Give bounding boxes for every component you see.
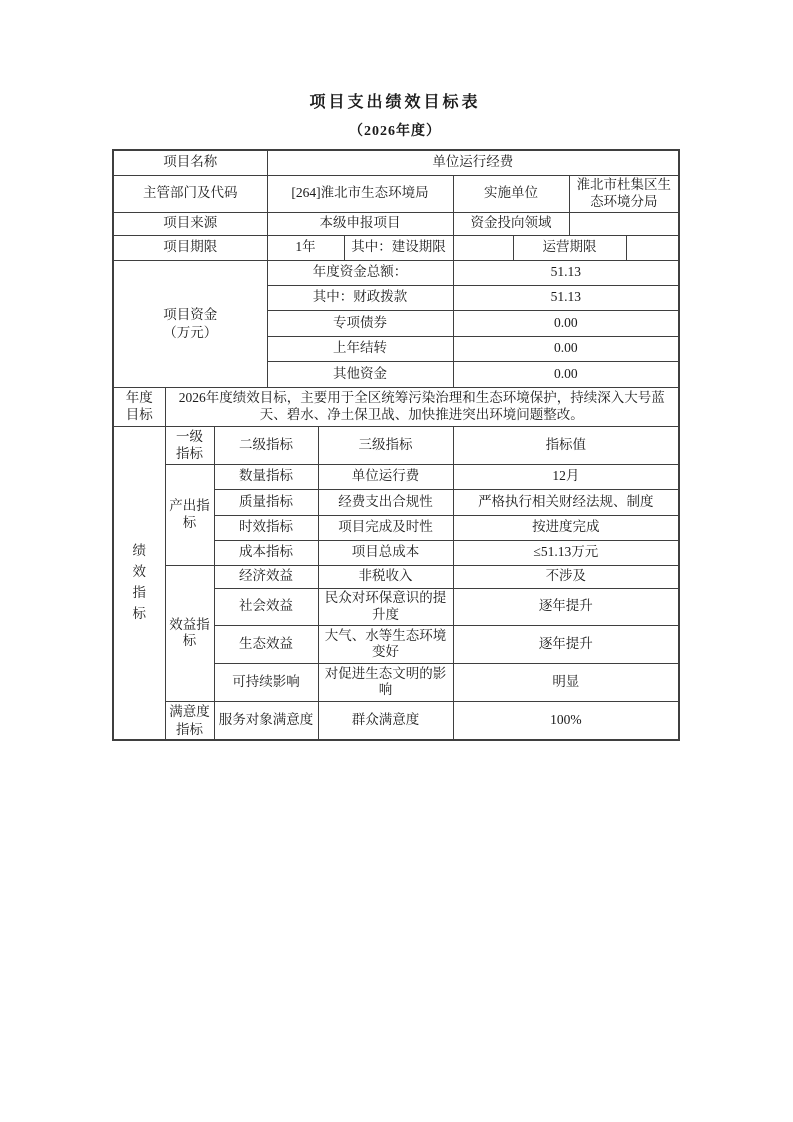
indicator-level2-cell: 质量指标 bbox=[214, 489, 318, 515]
page-title: 项目支出绩效目标表 bbox=[112, 95, 678, 111]
table-row: 满意度指标 服务对象满意度 群众满意度 100% bbox=[113, 701, 679, 740]
indicator-level2-cell: 经济效益 bbox=[214, 565, 318, 588]
header-value-cell: 指标值 bbox=[453, 426, 679, 464]
indicators-side-label: 绩效指标 bbox=[133, 541, 147, 625]
indicator-level3-cell: 经费支出合规性 bbox=[318, 489, 453, 515]
indicator-value-cell: 按进度完成 bbox=[453, 515, 679, 540]
indicator-level2-cell: 社会效益 bbox=[214, 588, 318, 625]
table-row: 产出指标 数量指标 单位运行费 12月 bbox=[113, 464, 679, 489]
table-row: 年度目标 2026年度绩效目标，主要用于全区统筹污染治理和生态环境保护，持续深入… bbox=[113, 387, 679, 426]
indicator-value-cell: 12月 bbox=[453, 464, 679, 489]
indicator-level3-cell: 民众对环保意识的提升度 bbox=[318, 588, 453, 625]
indicator-level3-cell: 大气、水等生态环境变好 bbox=[318, 625, 453, 663]
indicator-level2-cell: 数量指标 bbox=[214, 464, 318, 489]
operate-period-value-cell bbox=[626, 235, 679, 260]
period-value-cell: 1年 bbox=[267, 235, 344, 260]
funding-total-value-cell: 51.13 bbox=[453, 260, 679, 285]
group-satisfaction-label-cell: 满意度指标 bbox=[165, 701, 214, 740]
indicator-level2-cell: 成本指标 bbox=[214, 540, 318, 565]
performance-target-table: 项目名称 单位运行经费 主管部门及代码 [264]淮北市生态环境局 实施单位 淮… bbox=[112, 149, 680, 741]
table-row: 项目资金 （万元） 年度资金总额： 51.13 bbox=[113, 260, 679, 285]
indicators-side-label-cell: 绩效指标 bbox=[113, 426, 165, 740]
indicator-level3-cell: 项目总成本 bbox=[318, 540, 453, 565]
funding-bond-value-cell: 0.00 bbox=[453, 310, 679, 336]
indicator-value-cell: 逐年提升 bbox=[453, 625, 679, 663]
annual-goal-text-cell: 2026年度绩效目标，主要用于全区统筹污染治理和生态环境保护，持续深入大号蓝天、… bbox=[165, 387, 679, 426]
table-row: 项目名称 单位运行经费 bbox=[113, 150, 679, 175]
group-satisfaction-label: 满意度指标 bbox=[169, 703, 210, 738]
funding-label-line2: （万元） bbox=[116, 324, 265, 342]
funding-label-cell: 项目资金 （万元） bbox=[113, 260, 267, 387]
impl-unit-label-cell: 实施单位 bbox=[453, 175, 569, 212]
indicator-value-cell: 100% bbox=[453, 701, 679, 740]
dept-value-cell: [264]淮北市生态环境局 bbox=[267, 175, 453, 212]
indicator-level2-cell: 服务对象满意度 bbox=[214, 701, 318, 740]
indicator-level3-cell: 对促进生态文明的影响 bbox=[318, 663, 453, 701]
group-output-label-cell: 产出指标 bbox=[165, 464, 214, 565]
header-level1-cell: 一级指标 bbox=[165, 426, 214, 464]
project-name-value-cell: 单位运行经费 bbox=[267, 150, 679, 175]
table-row: 效益指标 经济效益 非税收入 不涉及 bbox=[113, 565, 679, 588]
funding-other-label-cell: 其他资金 bbox=[267, 361, 453, 387]
project-name-label-cell: 项目名称 bbox=[113, 150, 267, 175]
indicator-value-cell: 严格执行相关财经法规、制度 bbox=[453, 489, 679, 515]
header-level2-cell: 二级指标 bbox=[214, 426, 318, 464]
page-subtitle: （2026年度） bbox=[112, 125, 678, 139]
indicator-level2-cell: 时效指标 bbox=[214, 515, 318, 540]
dept-label-cell: 主管部门及代码 bbox=[113, 175, 267, 212]
source-label-cell: 项目来源 bbox=[113, 212, 267, 235]
funding-fiscal-label-cell: 其中：财政拨款 bbox=[267, 285, 453, 310]
annual-goal-label-cell: 年度目标 bbox=[113, 387, 165, 426]
funding-total-label-cell: 年度资金总额： bbox=[267, 260, 453, 285]
funding-carryover-label-cell: 上年结转 bbox=[267, 336, 453, 361]
indicator-value-cell: ≤51.13万元 bbox=[453, 540, 679, 565]
funding-fiscal-value-cell: 51.13 bbox=[453, 285, 679, 310]
build-period-value-cell bbox=[453, 235, 513, 260]
indicator-level2-cell: 生态效益 bbox=[214, 625, 318, 663]
indicator-level2-cell: 可持续影响 bbox=[214, 663, 318, 701]
indicator-value-cell: 明显 bbox=[453, 663, 679, 701]
table-row: 绩效指标 一级指标 二级指标 三级指标 指标值 bbox=[113, 426, 679, 464]
table-row: 主管部门及代码 [264]淮北市生态环境局 实施单位 淮北市杜集区生态环境分局 bbox=[113, 175, 679, 212]
operate-period-label-cell: 运营期限 bbox=[513, 235, 626, 260]
annual-goal-label: 年度目标 bbox=[126, 389, 153, 424]
funding-label-line1: 项目资金 bbox=[116, 306, 265, 324]
build-period-label-cell: 其中：建设期限 bbox=[344, 235, 453, 260]
group-benefit-label-cell: 效益指标 bbox=[165, 565, 214, 701]
source-value-cell: 本级申报项目 bbox=[267, 212, 453, 235]
indicator-level3-cell: 群众满意度 bbox=[318, 701, 453, 740]
funding-carryover-value-cell: 0.00 bbox=[453, 336, 679, 361]
document-page: 项目支出绩效目标表 （2026年度） 项目名称 单位运行经费 主管部门及代码 [… bbox=[0, 0, 793, 1122]
table-row: 项目来源 本级申报项目 资金投向领域 bbox=[113, 212, 679, 235]
document-content: 项目支出绩效目标表 （2026年度） 项目名称 单位运行经费 主管部门及代码 [… bbox=[112, 95, 678, 741]
funding-bond-label-cell: 专项债券 bbox=[267, 310, 453, 336]
indicator-level3-cell: 非税收入 bbox=[318, 565, 453, 588]
indicator-value-cell: 逐年提升 bbox=[453, 588, 679, 625]
header-level1: 一级指标 bbox=[176, 428, 203, 463]
indicator-level3-cell: 项目完成及时性 bbox=[318, 515, 453, 540]
invest-field-label-cell: 资金投向领域 bbox=[453, 212, 569, 235]
invest-field-value-cell bbox=[569, 212, 679, 235]
funding-other-value-cell: 0.00 bbox=[453, 361, 679, 387]
table-row: 项目期限 1年 其中：建设期限 运营期限 bbox=[113, 235, 679, 260]
impl-unit-value-cell: 淮北市杜集区生态环境分局 bbox=[569, 175, 679, 212]
period-label-cell: 项目期限 bbox=[113, 235, 267, 260]
indicator-value-cell: 不涉及 bbox=[453, 565, 679, 588]
indicator-level3-cell: 单位运行费 bbox=[318, 464, 453, 489]
header-level3-cell: 三级指标 bbox=[318, 426, 453, 464]
